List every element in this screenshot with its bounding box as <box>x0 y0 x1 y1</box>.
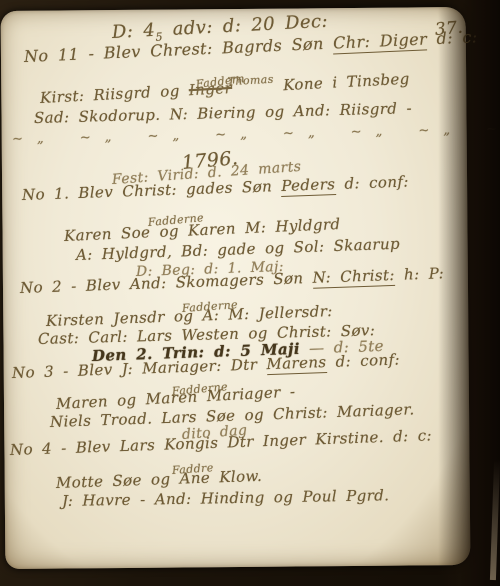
entry-number: No 3 - <box>12 362 69 382</box>
struck-word: Inger <box>188 79 232 99</box>
entry-number: No 1. <box>22 184 70 204</box>
entry-number: No 11 - <box>24 44 95 66</box>
entry-number: No 4 - <box>10 439 67 459</box>
child-name: N: Christ: <box>312 266 395 289</box>
entry-suffix: d: conf: <box>344 172 409 192</box>
entry-number: No 2 - <box>20 277 77 297</box>
child-name: Marens <box>266 353 327 375</box>
child-name: Inger Kirstine. <box>263 428 385 450</box>
entry-text: Blev Lars Kongis Dtr <box>76 432 255 456</box>
entry-suffix: d: conf: <box>335 350 400 370</box>
entry-text: Blev Christ: gades Søn <box>78 177 272 202</box>
book-binding-shadow <box>438 0 500 586</box>
child-name: Chr: Diger <box>333 29 428 54</box>
entry-suffix: d: c: <box>393 426 432 445</box>
witness-text: Kirst: Riisgrd og <box>40 82 181 107</box>
manuscript-photo: 37. D: 45 adv: d: 20 Dec: No 11 - Blev C… <box>0 0 500 586</box>
entry-text: Blev And: Skomagers Søn <box>86 269 304 295</box>
witness-text-post: Kone i Tinsbeg <box>283 70 410 95</box>
date-pre: D: 4 <box>111 20 155 43</box>
handwriting-layer: 37. D: 45 adv: d: 20 Dec: No 11 - Blev C… <box>0 0 500 586</box>
inserted-word: Thomas <box>227 73 274 88</box>
child-name: Peders <box>281 175 336 197</box>
